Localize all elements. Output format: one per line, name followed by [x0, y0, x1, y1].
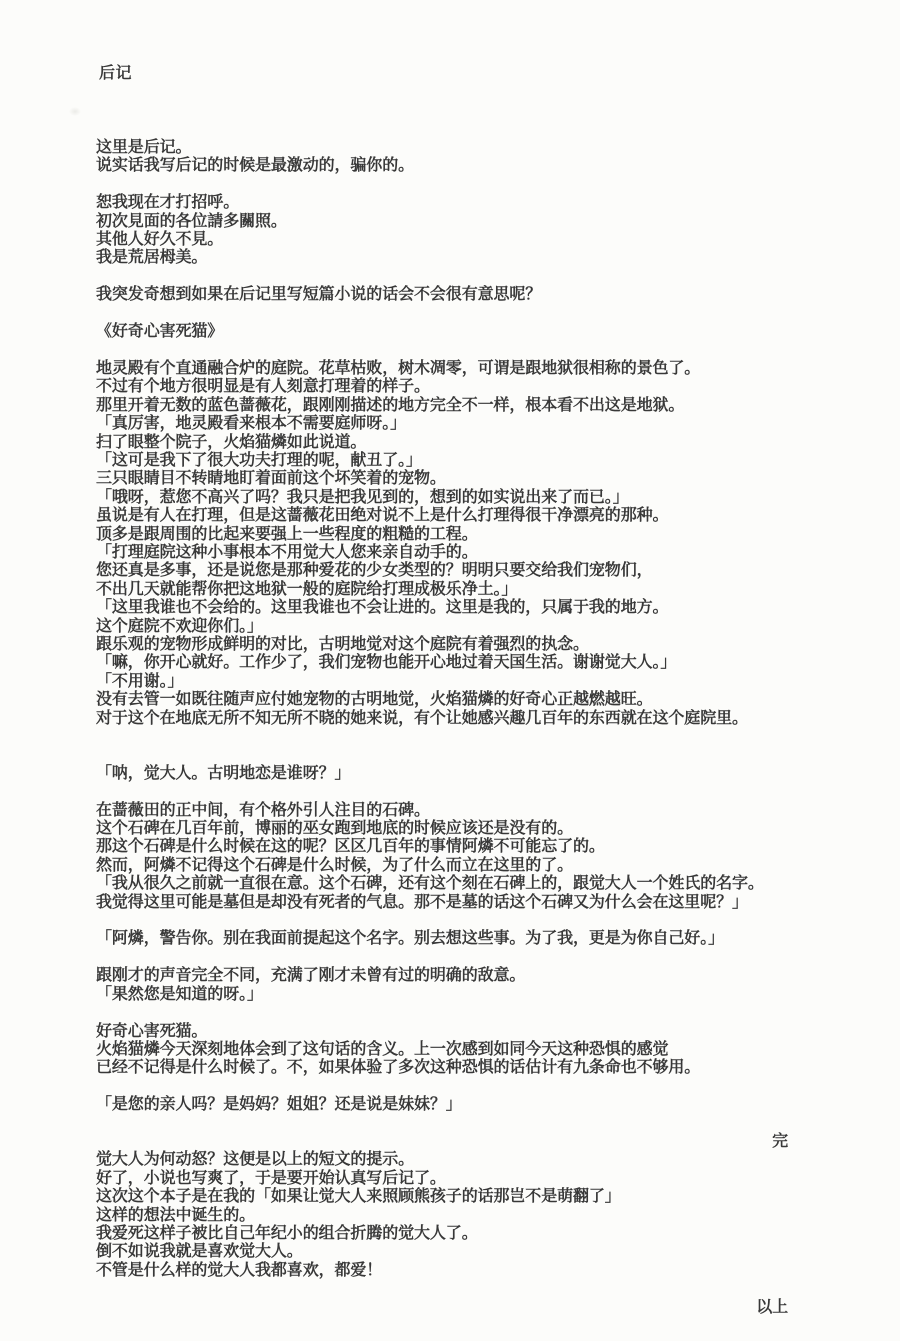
text-line: 倒不如说我就是喜欢觉大人。 — [96, 1243, 900, 1261]
blank-line — [96, 912, 900, 930]
text-line: 不管是什么样的觉大人我都喜欢，都爱！ — [96, 1262, 900, 1280]
afterword-page: 后记 这里是后记。说实话我写后记的时候是最激动的，骗你的。 恕我现在才打招呼。初… — [0, 0, 900, 1341]
text-line: 扫了眼整个院子，火焰猫燐如此说道。 — [96, 434, 900, 452]
text-line: 然而，阿燐不记得这个石碑是什么时候，为了什么而立在这里的了。 — [96, 857, 900, 875]
text-line: 跟乐观的宠物形成鲜明的对比，古明地觉对这个庭院有着强烈的执念。 — [96, 636, 900, 654]
text-line: 「阿燐，警告你。别在我面前提起这个名字。别去想这些事。为了我，更是为你自己好。」 — [96, 930, 900, 948]
text-line: 这个庭院不欢迎你们。」 — [96, 618, 900, 636]
blank-line — [96, 1004, 900, 1022]
text-line: 恕我现在才打招呼。 — [96, 194, 900, 212]
blank-line — [96, 1280, 900, 1298]
text-line: 这次这个本子是在我的「如果让觉大人来照顾熊孩子的话那岂不是萌翻了」 — [96, 1188, 900, 1206]
text-line: 在蔷薇田的正中间，有个格外引人注目的石碑。 — [96, 802, 900, 820]
text-line: 「我从很久之前就一直很在意。这个石碑，还有这个刻在石碑上的，跟觉大人一个姓氏的名… — [96, 875, 900, 893]
blank-line — [96, 1115, 900, 1133]
text-line: 火焰猫燐今天深刻地体会到了这句话的含义。上一次感到如同今天这种恐惧的感觉 — [96, 1041, 900, 1059]
text-line: 那这个石碑是什么时候在这的呢？区区几百年的事情阿燐不可能忘了的。 — [96, 838, 900, 856]
text-line: 对于这个在地底无所不知无所不晓的她来说，有个让她感兴趣几百年的东西就在这个庭院里… — [96, 710, 900, 728]
text-line: 顶多是跟周围的比起来要强上一些程度的粗糙的工程。 — [96, 526, 900, 544]
text-line: 我爱死这样子被比自己年纪小的组合折腾的觉大人了。 — [96, 1225, 900, 1243]
text-line: 这样的想法中诞生的。 — [96, 1207, 900, 1225]
text-line: 虽说是有人在打理，但是这蔷薇花田绝对说不上是什么打理得很干净漂亮的那种。 — [96, 507, 900, 525]
text-line: 「呐，觉大人。古明地恋是谁呀？」 — [96, 765, 900, 783]
text-line: 三只眼睛目不转睛地盯着面前这个坏笑着的宠物。 — [96, 470, 900, 488]
text-line: 您还真是多事，还是说您是那种爱花的少女类型的？明明只要交给我们宠物们， — [96, 562, 900, 580]
text-line: 初次見面的各位請多關照。 — [96, 213, 900, 231]
text-line: 「这可是我下了很大功夫打理的呢，献丑了。」 — [96, 452, 900, 470]
text-line: 地灵殿有个直通融合炉的庭院。花草枯败，树木凋零，可谓是跟地狱很相称的景色了。 — [96, 360, 900, 378]
text-line: 已经不记得是什么时候了。不，如果体验了多次这种恐惧的话估计有九条命也不够用。 — [96, 1059, 900, 1077]
text-line: 那里开着无数的蓝色蔷薇花，跟刚刚描述的地方完全不一样，根本看不出这是地狱。 — [96, 397, 900, 415]
text-line: 「是您的亲人吗？是妈妈？姐姐？还是说是妹妹？」 — [96, 1096, 900, 1114]
text-line: 「不用谢。」 — [96, 673, 900, 691]
text-line: 这里是后记。 — [96, 139, 900, 157]
blank-line — [96, 783, 900, 801]
text-line: 《好奇心害死猫》 — [96, 323, 900, 341]
page-title: 后记 — [99, 65, 132, 83]
text-line: 「哦呀，惹您不高兴了吗？我只是把我见到的，想到的如实说出来了而已。」 — [96, 489, 900, 507]
text-line: 这个石碑在几百年前，博丽的巫女跑到地底的时候应该还是没有的。 — [96, 820, 900, 838]
text-line: 我是荒居栂美。 — [96, 249, 900, 267]
blank-line — [96, 728, 900, 746]
blank-line — [96, 949, 900, 967]
blank-line — [96, 341, 900, 359]
blank-line — [96, 268, 900, 286]
afterword-text: 这里是后记。说实话我写后记的时候是最激动的，骗你的。 恕我现在才打招呼。初次見面… — [96, 139, 900, 1317]
text-line: 我觉得这里可能是墓但是却没有死者的气息。那不是墓的话这个石碑又为什么会在这里呢？… — [96, 894, 900, 912]
blank-line — [96, 746, 900, 764]
text-line: 「这里我谁也不会给的。这里我谁也不会让进的。这里是我的，只属于我的地方。 — [96, 599, 900, 617]
text-line: 觉大人为何动怒？这便是以上的短文的提示。 — [96, 1151, 900, 1169]
text-line: 完 — [96, 1133, 900, 1151]
scan-artifact — [69, 107, 81, 116]
text-line: 不过有个地方很明显是有人刻意打理着的样子。 — [96, 378, 900, 396]
text-line: 「打理庭院这种小事根本不用觉大人您来亲自动手的。 — [96, 544, 900, 562]
text-line: 说实话我写后记的时候是最激动的，骗你的。 — [96, 157, 900, 175]
text-line: 以上 — [96, 1299, 900, 1317]
text-line: 好了，小说也写爽了，于是要开始认真写后记了。 — [96, 1170, 900, 1188]
blank-line — [96, 1078, 900, 1096]
text-line: 「嘛，你开心就好。工作少了，我们宠物也能开心地过着天国生活。谢谢觉大人。」 — [96, 654, 900, 672]
text-line: 没有去管一如既往随声应付她宠物的古明地觉，火焰猫燐的好奇心正越燃越旺。 — [96, 691, 900, 709]
text-line: 不出几天就能帮你把这地狱一般的庭院给打理成极乐净土。」 — [96, 581, 900, 599]
text-line: 「果然您是知道的呀。」 — [96, 986, 900, 1004]
text-line: 好奇心害死猫。 — [96, 1023, 900, 1041]
text-line: 我突发奇想到如果在后记里写短篇小说的话会不会很有意思呢？ — [96, 286, 900, 304]
text-line: 跟刚才的声音完全不同，充满了刚才未曾有过的明确的敌意。 — [96, 967, 900, 985]
text-line: 其他人好久不見。 — [96, 231, 900, 249]
text-line: 「真厉害，地灵殿看来根本不需要庭师呀。」 — [96, 415, 900, 433]
blank-line — [96, 176, 900, 194]
blank-line — [96, 305, 900, 323]
